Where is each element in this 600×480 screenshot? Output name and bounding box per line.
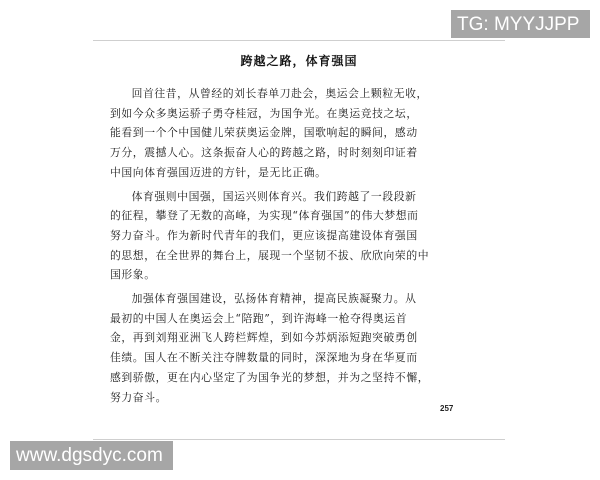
- document-body: 回首往昔，从曾经的刘长春单刀赴会，奥运会上颗粒无收， 到如今众多奥运骄子勇夺桂冠…: [110, 84, 391, 407]
- watermark-bottom-left: www.dgsdyc.com: [10, 441, 173, 470]
- page-header: 跨越之路，体育强国: [93, 52, 505, 70]
- text-line: 努力奋斗。作为新时代青年的我们，更应该提高建设体育强国: [88, 226, 391, 246]
- text-line: 能看到一个个中国健儿荣获奥运金牌，国歌响起的瞬间，感动: [88, 123, 391, 143]
- text-line: 万分，震撼人心。这条振奋人心的跨越之路，时时刻刻印证着: [88, 143, 391, 163]
- paragraph-3: 加强体育强国建设，弘扬体育精神，提高民族凝聚力。从 最初的中国人在奥运会上“陪跑…: [110, 289, 391, 407]
- paragraph-2: 体育强则中国强，国运兴则体育兴。我们跨越了一段段新 的征程，攀登了无数的高峰，为…: [110, 187, 391, 286]
- text-line: 最初的中国人在奥运会上“陪跑”，到许海峰一枪夺得奥运首: [88, 309, 391, 329]
- text-line: 佳绩。国人在不断关注夺牌数量的同时，深深地为身在华夏而: [88, 348, 391, 368]
- text-line: 回首往昔，从曾经的刘长春单刀赴会，奥运会上颗粒无收，: [110, 84, 391, 104]
- text-line: 感到骄傲，更在内心坚定了为国争光的梦想，并为之坚持不懈，: [88, 368, 391, 388]
- text-line: 到如今众多奥运骄子勇夺桂冠，为国争光。在奥运竞技之坛，: [88, 104, 391, 124]
- text-line: 中国向体育强国迈进的方针，是无比正确。: [88, 163, 391, 183]
- text-line: 国形象。: [88, 265, 391, 285]
- bottom-rule: [93, 439, 505, 440]
- text-line: 努力奋斗。: [88, 388, 391, 408]
- text-line: 金，再到刘翔亚洲飞人跨栏辉煌，到如今苏炳添短跑突破勇创: [88, 328, 391, 348]
- text-line: 加强体育强国建设，弘扬体育精神，提高民族凝聚力。从: [110, 289, 391, 309]
- watermark-top-right: TG: MYYJJPP: [451, 10, 590, 38]
- text-line: 的思想，在全世界的舞台上，展现一个坚韧不拔、欣欣向荣的中: [88, 246, 391, 266]
- page-number: 257: [440, 404, 453, 413]
- top-rule: [93, 40, 505, 41]
- paragraph-1: 回首往昔，从曾经的刘长春单刀赴会，奥运会上颗粒无收， 到如今众多奥运骄子勇夺桂冠…: [110, 84, 391, 183]
- text-line: 体育强则中国强，国运兴则体育兴。我们跨越了一段段新: [110, 187, 391, 207]
- document-title: 跨越之路，体育强国: [93, 52, 505, 70]
- text-line: 的征程，攀登了无数的高峰，为实现“体育强国”的伟大梦想而: [88, 206, 391, 226]
